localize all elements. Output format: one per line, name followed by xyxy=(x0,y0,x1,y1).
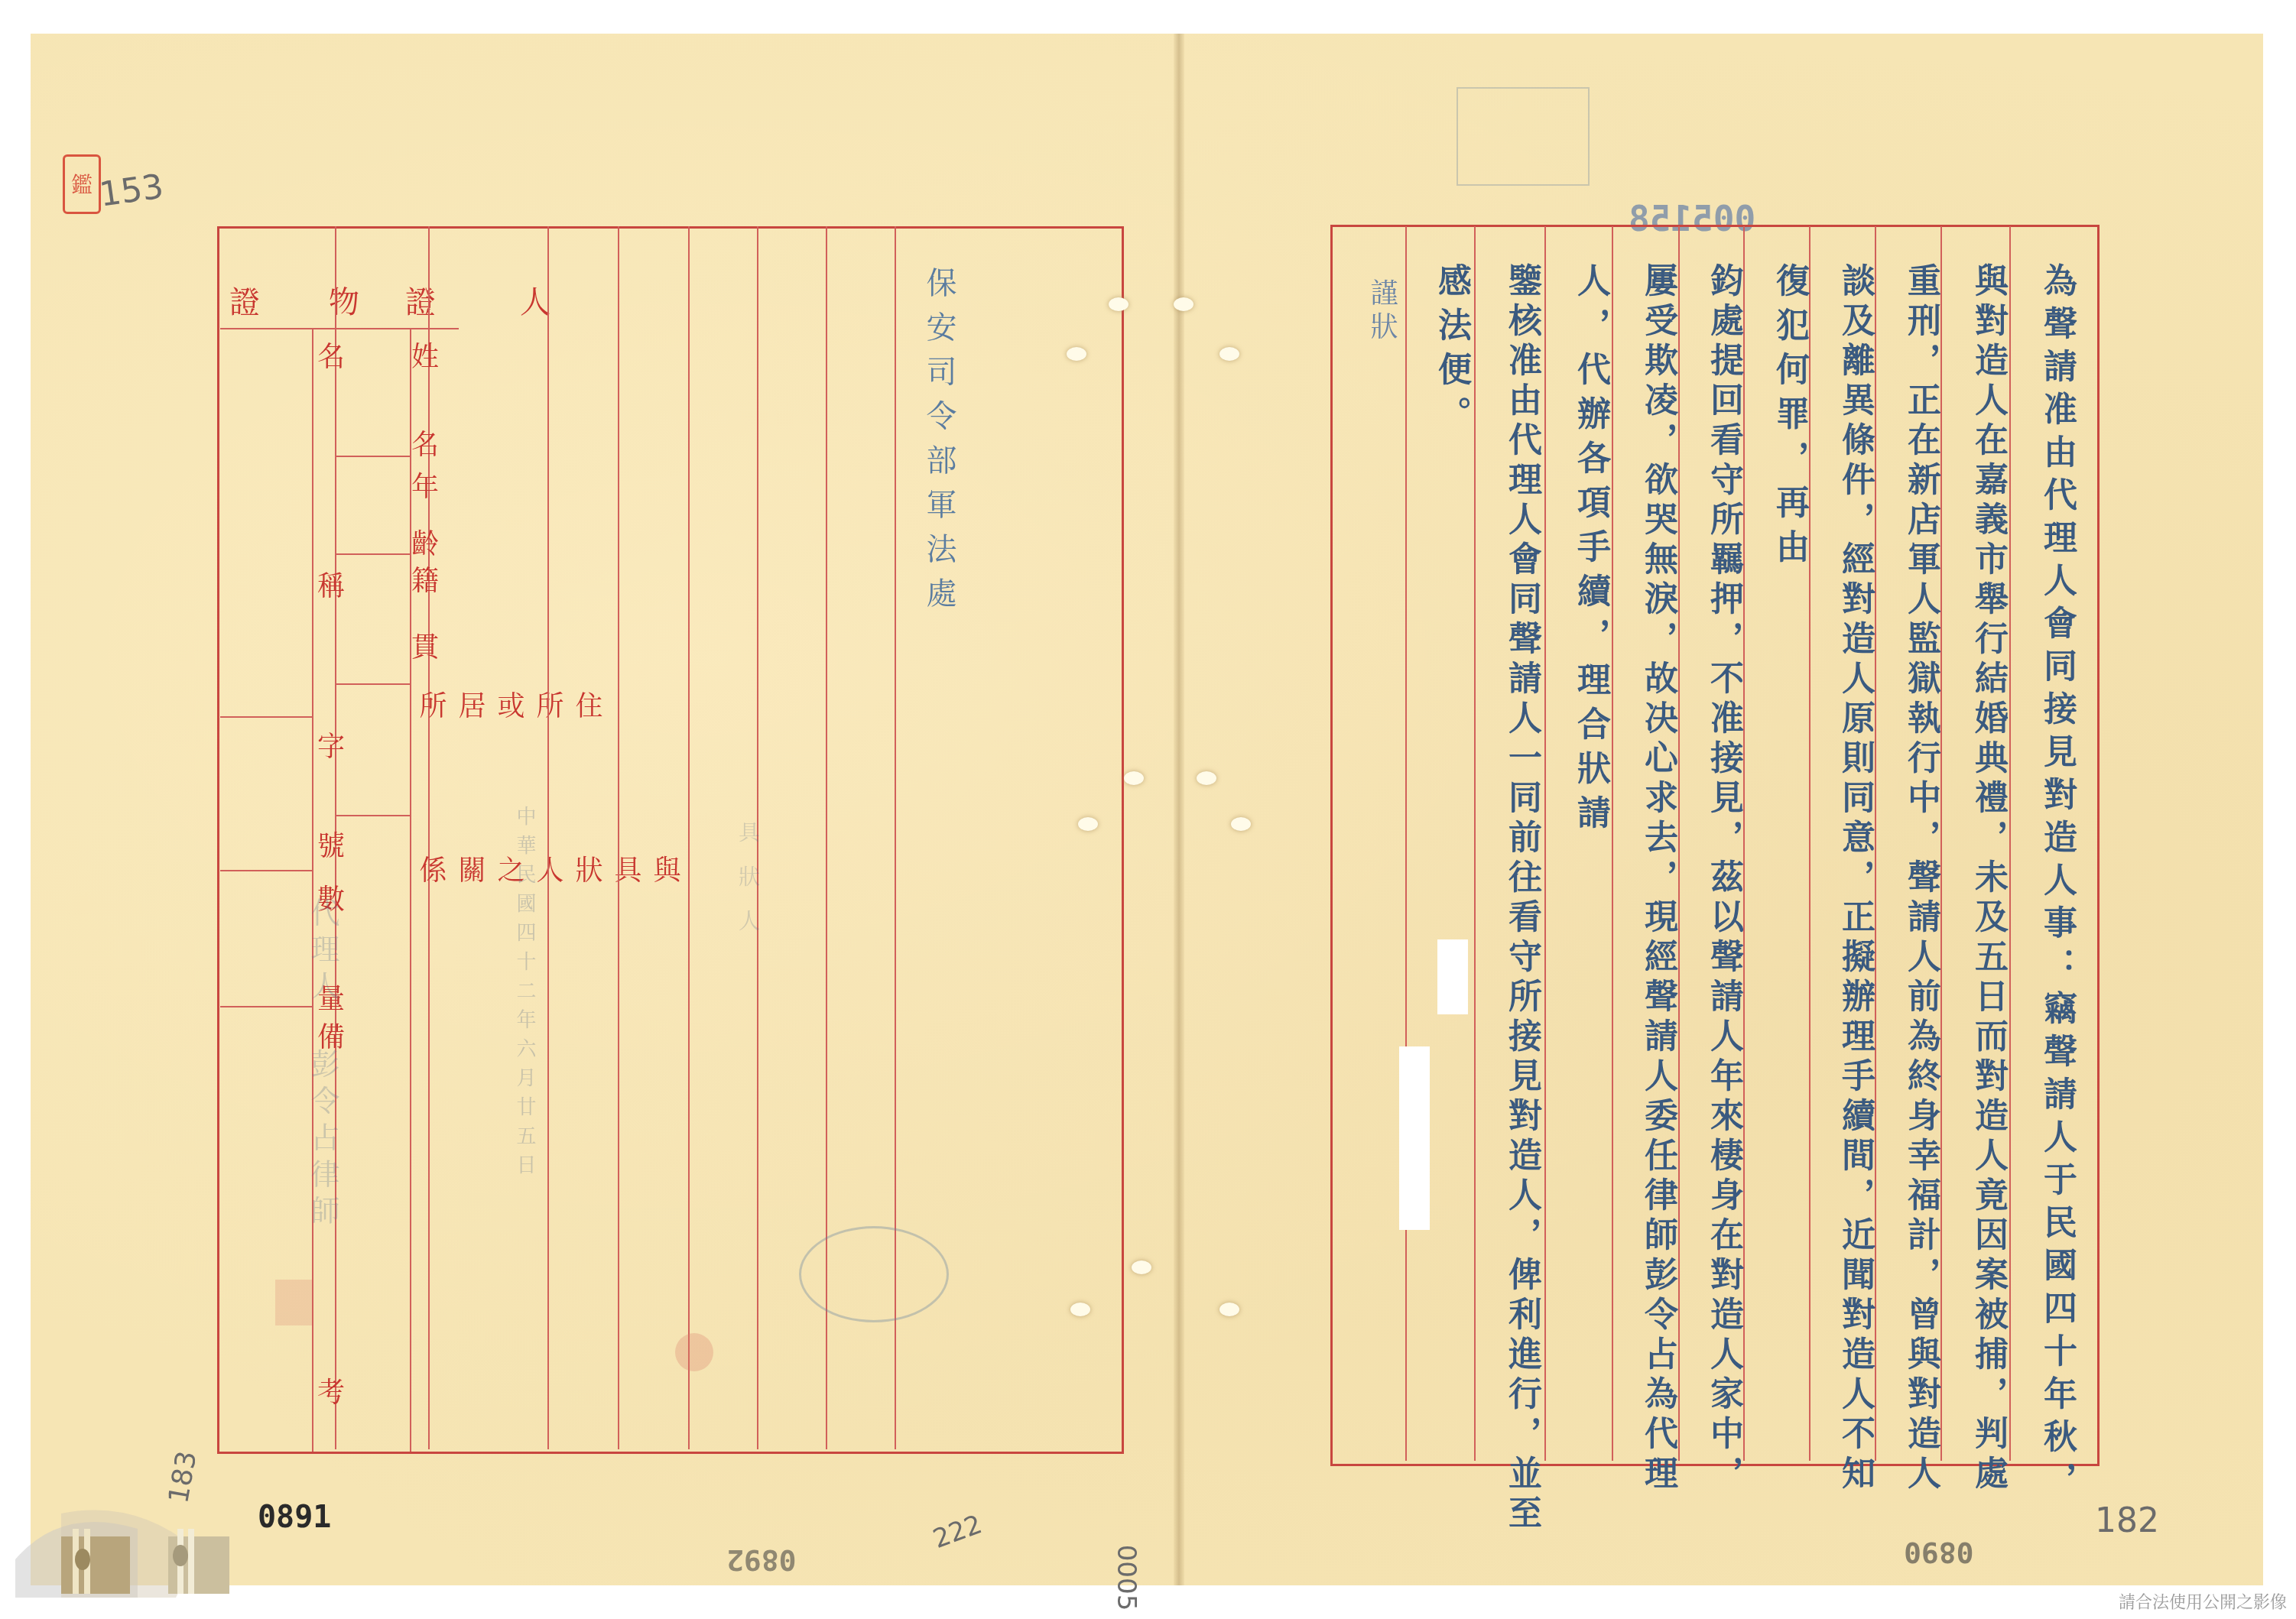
page-stamp-left: 0891 xyxy=(258,1500,331,1535)
evidence-header-line xyxy=(220,328,335,329)
page-stamp-center-mirrored: 0892 xyxy=(726,1543,797,1577)
witness-outer-line xyxy=(428,226,430,1449)
field-label: 稱 xyxy=(317,565,345,604)
binding-hole xyxy=(1070,1303,1090,1316)
field-label: 籍 xyxy=(411,560,439,599)
binding-hole xyxy=(1219,347,1239,361)
faint-date: 中華民國四十二年六月廿五日 xyxy=(511,806,539,1183)
bottom-left-center-pencil: 222 xyxy=(929,1509,986,1555)
bottom-center-pencil: 0005 xyxy=(1111,1545,1142,1611)
oval-stamp xyxy=(799,1226,949,1322)
field-label: 姓 xyxy=(411,336,439,375)
binding-hole xyxy=(1132,1260,1151,1274)
bottom-right-pencil-number: 182 xyxy=(2095,1501,2159,1540)
center-fold xyxy=(1174,34,1184,1585)
witness-row-line xyxy=(336,815,410,816)
binding-hole xyxy=(1174,297,1193,311)
petition-line-4: 談及離異條件，經對造人原則同意，正擬辦理手續間，近聞對造人不知 xyxy=(1830,263,1879,1495)
redaction-box xyxy=(1399,1046,1430,1230)
field-label: 貫 xyxy=(411,626,439,665)
binding-hole xyxy=(1067,347,1086,361)
binding-hole xyxy=(1219,1303,1239,1316)
document-sheet: 鑑 153 005158 證物 名 稱 字 號 數 量 備 考 證人 姓 名 年… xyxy=(31,34,2263,1585)
petition-line-6: 鈞處提回看守所羈押，不准接見，茲以聲請人年來棲身在對造人家中， xyxy=(1699,263,1748,1495)
field-label: 號 xyxy=(317,825,345,864)
witness-row-line xyxy=(336,553,410,555)
field-label: 年 xyxy=(411,466,439,505)
field-label: 名 xyxy=(317,336,345,375)
field-label: 名 xyxy=(411,423,439,462)
witness-right-line xyxy=(547,226,549,1449)
evidence-row-line xyxy=(220,716,313,718)
header-witness: 證人 xyxy=(405,278,635,322)
petition-line-3: 重刑，正在新店軍人監獄執行中，聲請人前為終身幸福計，曾與對造人 xyxy=(1896,263,1945,1495)
redaction-box xyxy=(1437,939,1468,1014)
binding-hole xyxy=(1109,297,1129,311)
archive-books-logo-icon xyxy=(0,1468,252,1598)
witness-header-line xyxy=(336,328,459,329)
red-round-seal xyxy=(675,1333,713,1371)
binding-hole xyxy=(1231,817,1251,831)
petition-line-9: 鑒核准由代理人會同聲請人一同前往看守所接見對造人，俾利進行，並至 xyxy=(1497,263,1546,1535)
petition-line-5: 復犯何罪，再由 xyxy=(1765,263,1814,573)
petition-line-1: 為聲請准由代理人會同接見對造人事：竊聲請人于民國四十年秋， xyxy=(2032,263,2081,1504)
top-left-pencil-number: 153 xyxy=(97,167,166,214)
field-label: 考 xyxy=(317,1371,345,1410)
ruled-column-line xyxy=(688,226,690,1449)
binding-hole xyxy=(1124,771,1144,785)
evidence-row-line xyxy=(220,1006,313,1007)
witness-row-line xyxy=(336,683,410,685)
petition-line-8: 人，代辦各項手續，理合狀請 xyxy=(1566,263,1615,839)
usage-notice: 請合法使用公開之影像 xyxy=(2119,1589,2287,1613)
petition-line-10: 感法便。 xyxy=(1427,263,1476,440)
red-square-seal xyxy=(275,1280,312,1325)
addressee: 保安司令部軍法處 xyxy=(917,267,961,621)
field-label: 住所或居所 xyxy=(411,691,606,729)
header-evidence: 證物 xyxy=(229,278,428,322)
faint-agent: 代理人 彭令占律師 xyxy=(302,897,344,1232)
faint-signer: 具狀人 xyxy=(732,821,763,954)
left-form-frame xyxy=(217,226,1124,1454)
field-label: 字 xyxy=(317,725,345,764)
ruled-column-line xyxy=(1405,226,1407,1461)
binding-hole xyxy=(1197,771,1216,785)
evidence-inner-line xyxy=(312,328,313,1452)
binding-hole xyxy=(1078,817,1098,831)
petition-line-2: 與對造人在嘉義市舉行結婚典禮，未及五日而對造人竟因案被捕，判處 xyxy=(1963,263,2012,1495)
field-label: 齡 xyxy=(411,523,439,562)
evidence-row-line xyxy=(220,870,313,871)
petition-line-7: 屢受欺凌，欲哭無淚，故决心求去，現經聲請人委任律師彭令占為代理 xyxy=(1633,263,1682,1495)
page-stamp-right-mirrored: 0890 xyxy=(1904,1536,1974,1569)
ruled-column-line xyxy=(618,226,619,1449)
archive-stamp-box xyxy=(1457,87,1590,186)
witness-row-line xyxy=(336,456,410,457)
top-left-seal: 鑑 xyxy=(63,154,101,214)
closing-respectfully: 謹狀 xyxy=(1362,278,1401,346)
